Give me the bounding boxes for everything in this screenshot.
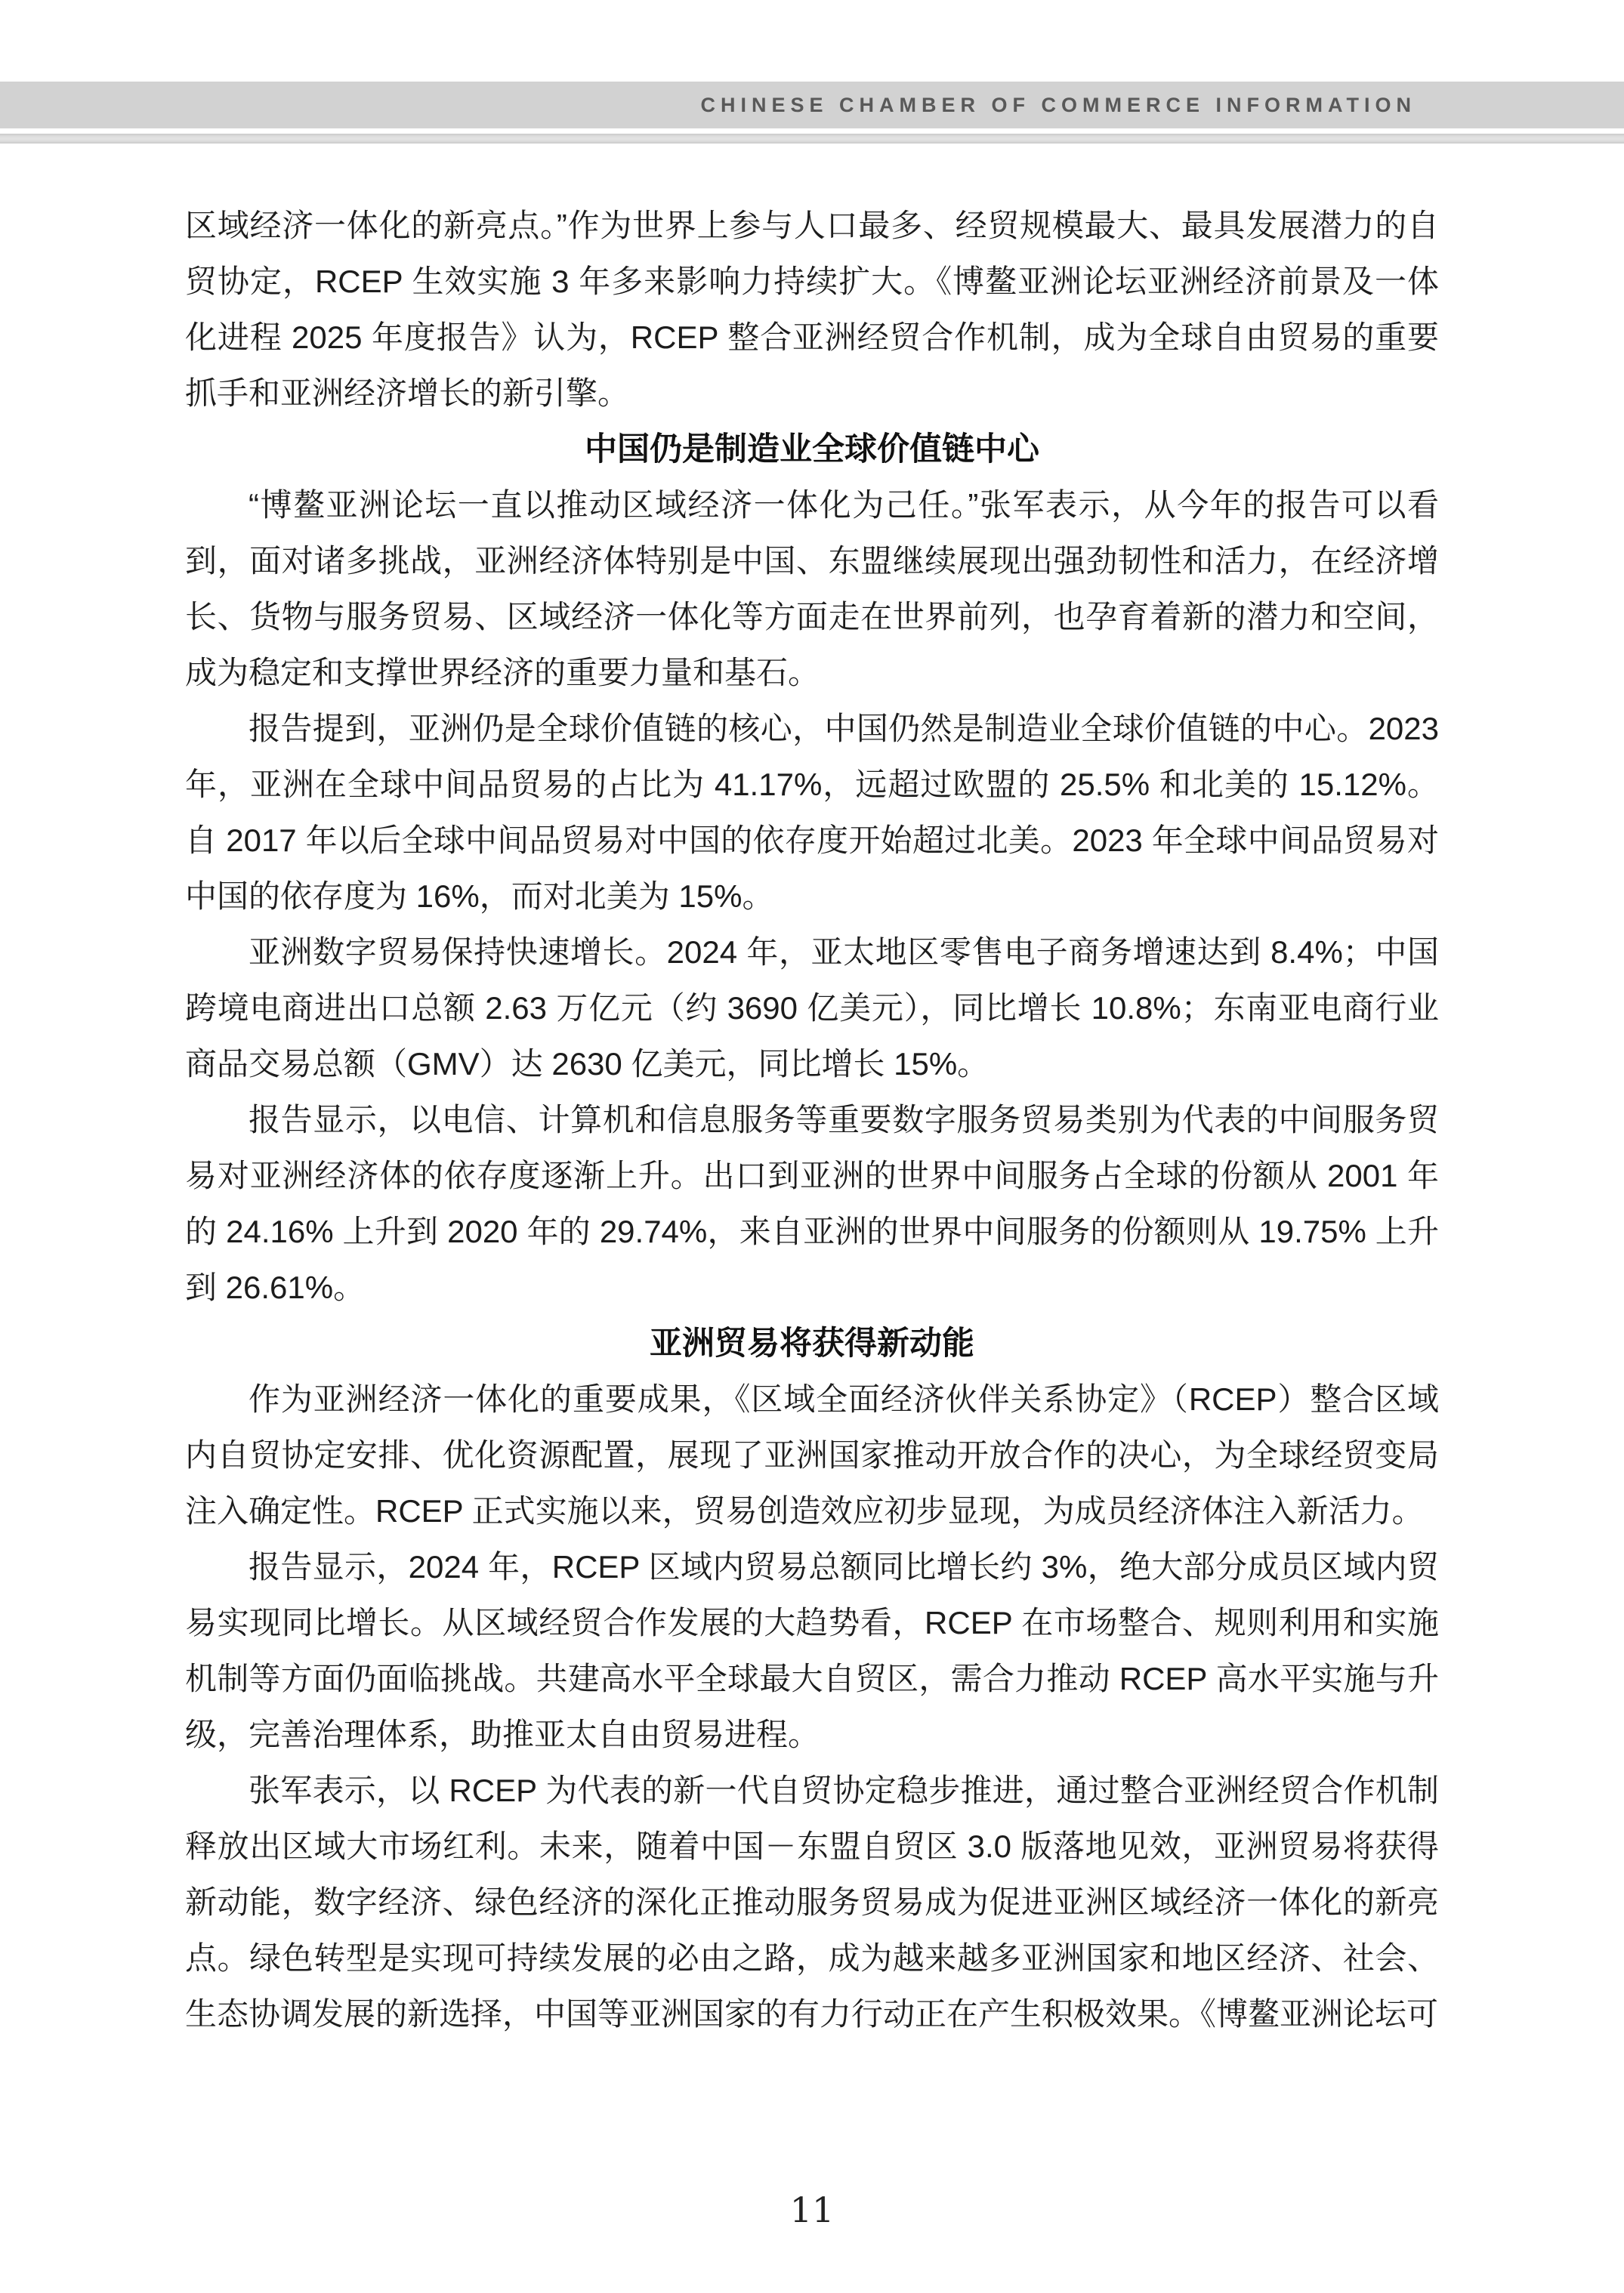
header-divider-bar [0,134,1624,144]
section-heading-trade-momentum: 亚洲贸易将获得新动能 [185,1316,1439,1372]
paragraph: 作为亚洲经济一体化的重要成果，《区域全面经济伙伴关系协定》（RCEP）整合区域内… [185,1372,1439,1539]
header-banner: CHINESE CHAMBER OF COMMERCE INFORMATION [0,82,1624,128]
paragraph-continued: 区域经济一体化的新亮点。”作为世界上参与人口最多、经贸规模最大、最具发展潜力的自… [185,198,1439,421]
paragraph: 张军表示，以 RCEP 为代表的新一代自贸协定稳步推进，通过整合亚洲经贸合作机制… [185,1763,1439,2042]
page-number: 11 [0,2189,1624,2231]
section-heading-value-chain: 中国仍是制造业全球价值链中心 [185,421,1439,477]
paragraph: 亚洲数字贸易保持快速增长。2024 年，亚太地区零售电子商务增速达到 8.4%；… [185,924,1439,1092]
header-banner-text: CHINESE CHAMBER OF COMMERCE INFORMATION [701,94,1624,117]
document-page: CHINESE CHAMBER OF COMMERCE INFORMATION … [0,0,1624,2293]
paragraph: 报告提到，亚洲仍是全球价值链的核心，中国仍然是制造业全球价值链的中心。2023 … [185,701,1439,924]
article-body: 区域经济一体化的新亮点。”作为世界上参与人口最多、经贸规模最大、最具发展潜力的自… [185,198,1439,2042]
paragraph: “博鳌亚洲论坛一直以推动区域经济一体化为己任。”张军表示，从今年的报告可以看到，… [185,477,1439,701]
paragraph: 报告显示，以电信、计算机和信息服务等重要数字服务贸易类别为代表的中间服务贸易对亚… [185,1092,1439,1316]
paragraph: 报告显示，2024 年，RCEP 区域内贸易总额同比增长约 3%，绝大部分成员区… [185,1539,1439,1763]
